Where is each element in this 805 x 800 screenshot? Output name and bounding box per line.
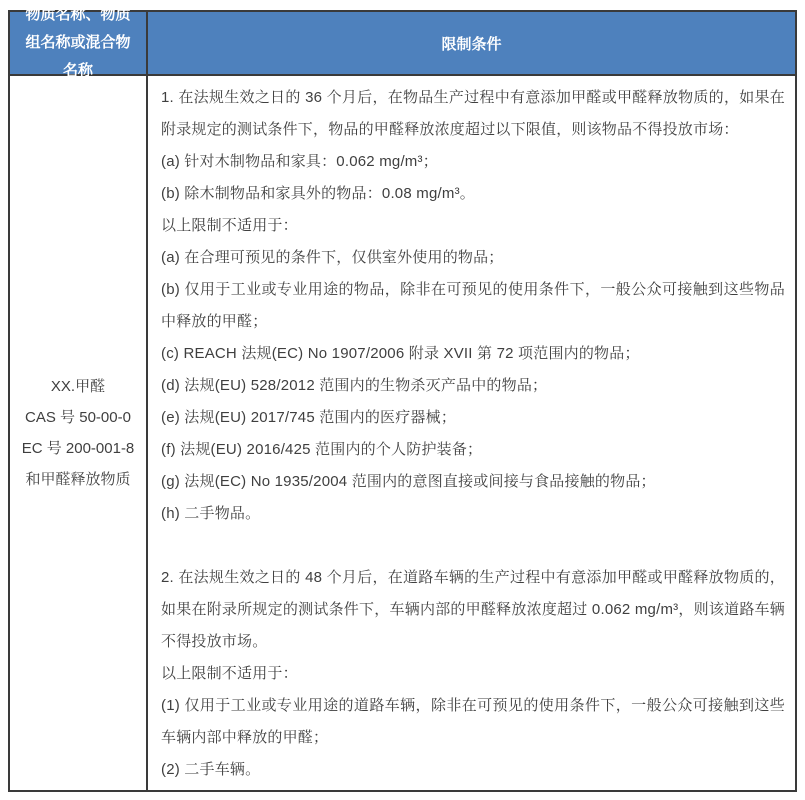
substance-ec-number: EC 号 200-001-8 <box>22 433 135 464</box>
restriction-paragraph: (e) 法规(EU) 2017/745 范围内的医疗器械； <box>161 402 785 434</box>
substance-cas-number: CAS 号 50-00-0 <box>25 402 131 433</box>
restriction-paragraph: 以上限制不适用于： <box>161 658 785 690</box>
document-page: 物质名称、物质组名称或混合物名称 限制条件 XX.甲醛 CAS 号 50-00-… <box>0 0 805 800</box>
restriction-paragraph: (d) 法规(EU) 528/2012 范围内的生物杀灭产品中的物品； <box>161 370 785 402</box>
substance-line: 和甲醛释放物质 <box>25 464 130 495</box>
restriction-paragraph: (1) 仅用于工业或专业用途的道路车辆，除非在可预见的使用条件下，一般公众可接触… <box>161 690 785 754</box>
restriction-table: 物质名称、物质组名称或混合物名称 限制条件 XX.甲醛 CAS 号 50-00-… <box>8 10 797 792</box>
restriction-paragraph: (f) 法规(EU) 2016/425 范围内的个人防护装备； <box>161 434 785 466</box>
restriction-paragraph: (b) 仅用于工业或专业用途的物品，除非在可预见的使用条件下，一般公众可接触到这… <box>161 274 785 338</box>
column-header-substance-name: 物质名称、物质组名称或混合物名称 <box>10 12 148 76</box>
restriction-cell: 1. 在法规生效之日的 36 个月后，在物品生产过程中有意添加甲醛或甲醛释放物质… <box>148 76 795 790</box>
restriction-paragraph: (g) 法规(EC) No 1935/2004 范围内的意图直接或间接与食品接触… <box>161 466 785 498</box>
blank-spacer-line <box>161 530 785 562</box>
column-header-restriction-conditions: 限制条件 <box>148 12 795 76</box>
restriction-paragraph: 1. 在法规生效之日的 36 个月后，在物品生产过程中有意添加甲醛或甲醛释放物质… <box>161 82 785 146</box>
restriction-paragraph: (a) 在合理可预见的条件下，仅供室外使用的物品； <box>161 242 785 274</box>
restriction-paragraph: (h) 二手物品。 <box>161 498 785 530</box>
substance-line: XX.甲醛 <box>51 371 105 402</box>
restriction-paragraph: (a) 针对木制物品和家具：0.062 mg/m³； <box>161 146 785 178</box>
restriction-paragraph: 2. 在法规生效之日的 48 个月后，在道路车辆的生产过程中有意添加甲醛或甲醛释… <box>161 562 785 658</box>
restriction-paragraph: (b) 除木制物品和家具外的物品：0.08 mg/m³。 <box>161 178 785 210</box>
restriction-paragraph: (2) 二手车辆。 <box>161 754 785 786</box>
substance-cell: XX.甲醛 CAS 号 50-00-0 EC 号 200-001-8 和甲醛释放… <box>10 76 148 790</box>
restriction-paragraph: (c) REACH 法规(EC) No 1907/2006 附录 XVII 第 … <box>161 338 785 370</box>
restriction-paragraph: 以上限制不适用于： <box>161 210 785 242</box>
